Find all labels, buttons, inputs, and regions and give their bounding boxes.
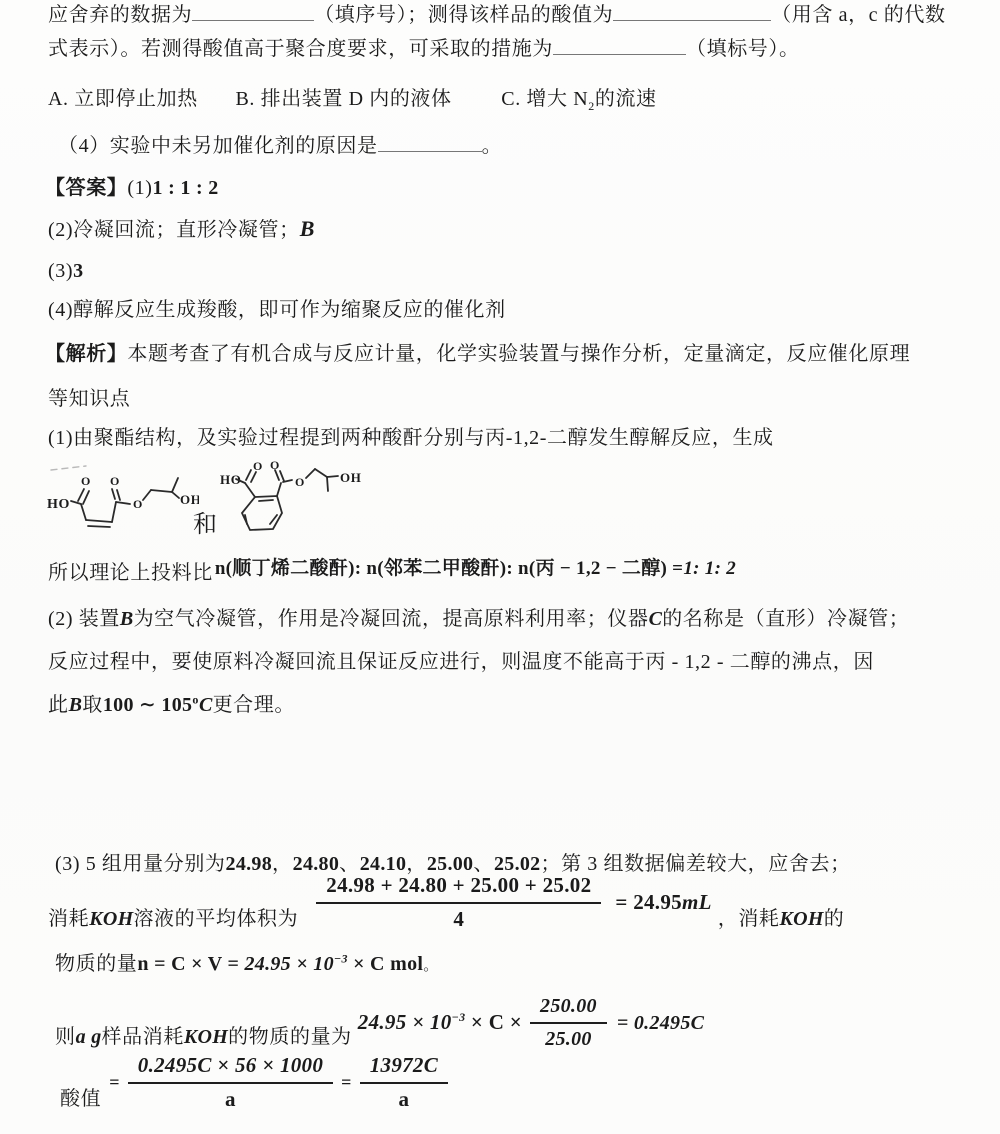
atom-label-oh: OH bbox=[340, 470, 361, 485]
degree-superscript: o bbox=[192, 692, 199, 706]
methyl-bond bbox=[172, 478, 178, 492]
answer-2-value: B bbox=[300, 216, 315, 241]
bond bbox=[112, 502, 116, 522]
mol-text: 物质的量 bbox=[55, 953, 137, 975]
acid-frac1-denominator: a bbox=[225, 1084, 236, 1113]
analysis-intro-line-2: 等知识点 bbox=[48, 386, 130, 412]
mol-formula-2: 24.95 × 10 bbox=[244, 953, 333, 975]
mol-formula-3: × C mol bbox=[348, 953, 423, 975]
option-c-text-2: 的流速 bbox=[595, 88, 657, 110]
koh-label-2: KOH bbox=[780, 908, 824, 930]
mol-period: 。 bbox=[423, 958, 439, 974]
then-formula-left: 24.95 × 10−3 × C × bbox=[358, 1009, 522, 1036]
analysis-p2-line-1: (2) 装置B为空气冷凝管，作用是冷凝回流，提高原料利用率；仪器C的名称是（直形… bbox=[48, 606, 909, 632]
answer-blank-3 bbox=[553, 37, 686, 55]
analysis-p1-line: (1)由聚酯结构，及实验过程提到两种酸酐分别与丙-1,2-二醇发生醇解反应，生成 bbox=[48, 425, 774, 451]
option-c-text-1: C. 增大 N bbox=[501, 88, 588, 110]
structure-maleate-monoester: HO O O O OH bbox=[44, 461, 199, 549]
celsius-c: C bbox=[199, 694, 213, 716]
bond bbox=[327, 476, 338, 477]
answer-1-prefix: (1) bbox=[127, 177, 152, 199]
mol-exponent: −3 bbox=[334, 951, 348, 965]
answer-4-text: (4)醇解反应生成羧酸，即可作为缩聚反应的催化剂 bbox=[48, 299, 506, 321]
p2-text-g: 更合理。 bbox=[213, 694, 295, 716]
answer-blank-1 bbox=[192, 3, 314, 21]
then-ag: a g bbox=[76, 1026, 102, 1048]
average-volume-equation: 消耗KOH溶液的平均体积为 24.98 + 24.80 + 25.00 + 25… bbox=[48, 872, 844, 934]
bond bbox=[245, 483, 255, 497]
equals-1: = bbox=[109, 1071, 120, 1094]
options-row: A. 立即停止加热 B. 排出装置 D 内的液体 C. 增大 N2的流速 bbox=[48, 86, 657, 115]
ratio-value: 1: 1: 2 bbox=[683, 557, 736, 582]
analysis-intro-line-1: 【解析】本题考查了有机合成与反应计量，化学实验装置与操作分析，定量滴定，反应催化… bbox=[45, 341, 910, 367]
atom-label-ho: HO bbox=[47, 497, 70, 512]
bond bbox=[81, 504, 86, 520]
bond bbox=[143, 490, 151, 500]
avg-text-4: 的 bbox=[824, 908, 845, 930]
p2-text-f: 取 bbox=[82, 694, 103, 716]
avg-text-1: 消耗 bbox=[48, 908, 89, 930]
double-bond-c2-o bbox=[112, 489, 120, 500]
avg-text-2: 溶液的平均体积为 bbox=[133, 908, 298, 930]
analysis-p1-text: (1)由聚酯结构，及实验过程提到两种酸酐分别与丙-1,2-二醇发生醇解反应，生成 bbox=[48, 427, 774, 449]
apparatus-b-2: B bbox=[69, 694, 83, 716]
avg-text-3: ，消耗 bbox=[718, 908, 780, 930]
apparatus-b: B bbox=[120, 608, 134, 630]
dilution-denominator: 25.00 bbox=[545, 1024, 592, 1052]
analysis-intro-text-2: 等知识点 bbox=[48, 388, 130, 410]
then-exponent: −3 bbox=[452, 1010, 466, 1024]
bond bbox=[71, 501, 81, 504]
bond bbox=[116, 502, 130, 504]
instrument-c: C bbox=[649, 608, 663, 630]
p2-text-c: 的名称是（直形）冷凝管； bbox=[662, 608, 909, 630]
option-a: A. 立即停止加热 bbox=[48, 88, 198, 110]
faint-scribble bbox=[51, 466, 86, 470]
p2-text-b: 为空气冷凝管，作用是冷凝回流，提高原料利用率；仪器 bbox=[134, 608, 649, 630]
bond bbox=[306, 469, 315, 478]
acid-value-equation: 酸值 = 0.2495C × 56 × 1000 a = 13972C a bbox=[60, 1052, 456, 1114]
question-4-line: （4）实验中未另加催化剂的原因是。 bbox=[58, 133, 502, 159]
bond bbox=[172, 492, 179, 498]
fraction-denominator: 4 bbox=[453, 904, 464, 933]
atom-label-o1: O bbox=[81, 474, 91, 488]
vinyl-double-bond bbox=[86, 520, 112, 527]
sample-moles-equation: 则a g样品消耗KOH的物质的量为 24.95 × 10−3 × C × 250… bbox=[55, 993, 704, 1052]
then-result: = 0.2495C bbox=[617, 1010, 704, 1036]
then-f-b: × C × bbox=[465, 1010, 522, 1034]
bond bbox=[277, 483, 281, 496]
p2-text-e: 此 bbox=[48, 694, 69, 716]
avg-text-pre: 消耗KOH溶液的平均体积为 bbox=[48, 906, 298, 934]
acid-frac2-numerator: 13972C bbox=[360, 1052, 448, 1084]
q4-period: 。 bbox=[482, 135, 503, 157]
p2-text-d: 反应过程中，要使原料冷凝回流且保证反应进行，则温度不能高于丙 - 1,2 - 二… bbox=[48, 651, 874, 673]
n2-subscript: 2 bbox=[588, 99, 595, 113]
atom-label-o1: O bbox=[253, 459, 263, 473]
answer-blank-2 bbox=[613, 3, 771, 21]
acid-frac1-numerator: 0.2495C × 56 × 1000 bbox=[128, 1052, 333, 1084]
acid-label: 酸值 bbox=[60, 1086, 101, 1114]
bond bbox=[151, 490, 172, 492]
exam-answer-document: 应舍弃的数据为（填序号）；测得该样品的酸值为（用含 a，c 的代数 式表示）。若… bbox=[0, 0, 1000, 1134]
double-bond-c1-o bbox=[78, 489, 89, 504]
acid-fraction-2: 13972C a bbox=[360, 1052, 448, 1114]
answer-3-prefix: (3) bbox=[48, 260, 73, 282]
option-c: C. 增大 N2的流速 bbox=[501, 88, 656, 110]
acid-frac2-denominator: a bbox=[398, 1084, 409, 1113]
then-f-a: 24.95 × 10 bbox=[358, 1010, 452, 1034]
atom-label-o2: O bbox=[110, 474, 120, 488]
answer-label: 【答案】 bbox=[45, 177, 127, 199]
q-line2-text-b: （填标号）。 bbox=[686, 38, 800, 60]
analysis-p2-line-2: 反应过程中，要使原料冷凝回流且保证反应进行，则温度不能高于丙 - 1,2 - 二… bbox=[48, 649, 874, 675]
answer-1-value: 1 : 1 : 2 bbox=[153, 177, 219, 199]
q-line1-text-c: （用含 a，c 的代数 bbox=[771, 4, 945, 26]
atom-label-o-ester: O bbox=[295, 475, 305, 489]
avg-unit: mL bbox=[682, 890, 712, 914]
structure-phthalate-monoester: HO O O O OH bbox=[212, 458, 362, 562]
question-line-1: 应舍弃的数据为（填序号）；测得该样品的酸值为（用含 a，c 的代数 bbox=[48, 2, 946, 28]
ratio-prefix: 所以理论上投料比 bbox=[48, 560, 213, 586]
answer-2-prefix: (2)冷凝回流；直形冷凝管； bbox=[48, 219, 300, 241]
avg-eq: = 24.95 bbox=[615, 890, 682, 914]
q4-text: （4）实验中未另加催化剂的原因是 bbox=[58, 135, 378, 157]
then-text: 则a g样品消耗KOH的物质的量为 bbox=[55, 1024, 352, 1052]
temperature-range: 100 ∼ 105 bbox=[103, 694, 192, 716]
p2-text-a: (2) 装置 bbox=[48, 608, 120, 630]
then-text-1: 则 bbox=[55, 1026, 76, 1048]
analysis-label: 【解析】 bbox=[45, 343, 127, 365]
analysis-p2-line-3: 此B取100 ∼ 105oC更合理。 bbox=[48, 692, 295, 718]
average-fraction: 24.98 + 24.80 + 25.00 + 25.02 4 bbox=[316, 872, 601, 934]
answer-line-2: (2)冷凝回流；直形冷凝管；B bbox=[48, 215, 315, 244]
q-line1-text-a: 应舍弃的数据为 bbox=[48, 4, 192, 26]
atom-label-o-ester: O bbox=[133, 497, 143, 511]
koh-label-3: KOH bbox=[184, 1026, 228, 1048]
q-line1-text-b: （填序号）；测得该样品的酸值为 bbox=[314, 4, 613, 26]
methyl-bond bbox=[327, 477, 328, 491]
equals-2: = bbox=[341, 1071, 352, 1094]
average-result: = 24.95mL bbox=[615, 889, 711, 916]
answer-blank-4 bbox=[378, 134, 482, 152]
answer-line-3: (3)3 bbox=[48, 258, 83, 284]
avg-text-post: ，消耗KOH的 bbox=[718, 906, 845, 934]
answer-line-4: (4)醇解反应生成羧酸，即可作为缩聚反应的催化剂 bbox=[48, 297, 506, 323]
q-line2-text-a: 式表示）。若测得酸值高于聚合度要求，可采取的措施为 bbox=[48, 38, 553, 60]
answer-line-1: 【答案】(1)1 : 1 : 2 bbox=[45, 175, 219, 201]
fraction-numerator: 24.98 + 24.80 + 25.00 + 25.02 bbox=[316, 872, 601, 904]
option-b: B. 排出装置 D 内的液体 bbox=[235, 88, 451, 110]
then-text-2: 样品消耗 bbox=[102, 1026, 184, 1048]
answer-3-value: 3 bbox=[73, 260, 83, 282]
atom-label-o2: O bbox=[270, 458, 280, 472]
acid-fraction-1: 0.2495C × 56 × 1000 a bbox=[128, 1052, 333, 1114]
ratio-line: 所以理论上投料比 n(顺丁烯二酸酐): n(邻苯二甲酸酐): n(丙 − 1,2… bbox=[48, 552, 736, 586]
ratio-formula: n(顺丁烯二酸酐): n(邻苯二甲酸酐): n(丙 − 1,2 − 二醇) = bbox=[215, 557, 684, 582]
dilution-fraction: 250.00 25.00 bbox=[530, 993, 607, 1052]
koh-label: KOH bbox=[89, 908, 133, 930]
dilution-numerator: 250.00 bbox=[530, 993, 607, 1024]
then-text-3: 的物质的量为 bbox=[228, 1026, 352, 1048]
moles-equation-line: 物质的量n = C × V = 24.95 × 10−3 × C mol。 bbox=[55, 951, 439, 977]
mol-formula-1: n = C × V = bbox=[137, 953, 244, 975]
analysis-intro-text: 本题考查了有机合成与反应计量，化学实验装置与操作分析，定量滴定，反应催化原理 bbox=[127, 343, 910, 365]
question-line-2: 式表示）。若测得酸值高于聚合度要求，可采取的措施为（填标号）。 bbox=[48, 36, 800, 62]
bond bbox=[315, 469, 327, 477]
